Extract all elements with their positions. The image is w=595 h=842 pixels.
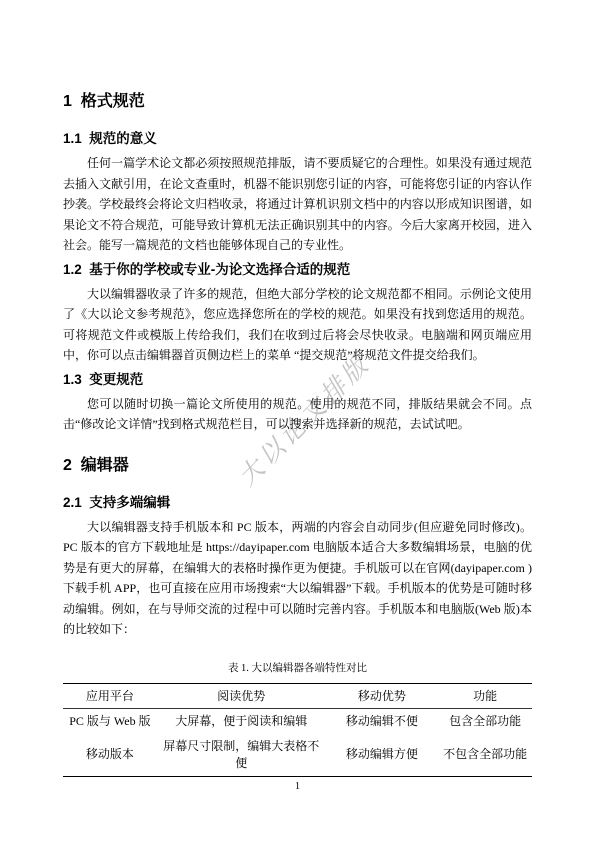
section-heading-1-2: 1.2基于你的学校或专业-为论文选择合适的规范 bbox=[63, 262, 532, 278]
section-heading-1-1: 1.1规范的意义 bbox=[63, 131, 532, 147]
section-heading-2: 2编辑器 bbox=[63, 457, 532, 475]
table-cell: 移动编辑方便 bbox=[326, 734, 439, 777]
table-header-features: 功能 bbox=[438, 683, 532, 708]
table-cell: 包含全部功能 bbox=[438, 708, 532, 734]
section-number: 1 bbox=[63, 93, 72, 110]
table-cell: 大屏幕，便于阅读和编辑 bbox=[157, 708, 326, 734]
section-title: 变更规范 bbox=[89, 372, 143, 387]
document-content: 1格式规范 1.1规范的意义 任何一篇学术论文都必须按照规范排版，请不要质疑它的… bbox=[63, 93, 532, 777]
section-number: 1.2 bbox=[63, 262, 82, 277]
table-header-row: 应用平台 阅读优势 移动优势 功能 bbox=[63, 683, 532, 708]
section-number: 1.1 bbox=[63, 131, 82, 146]
section-title: 基于你的学校或专业-为论文选择合适的规范 bbox=[89, 262, 350, 277]
section-title: 支持多端编辑 bbox=[89, 495, 170, 510]
section-number: 1.3 bbox=[63, 372, 82, 387]
section-number: 2 bbox=[63, 457, 72, 474]
table-header-platform: 应用平台 bbox=[63, 683, 157, 708]
table-row: 移动版本 屏幕尺寸限制，编辑大表格不便 移动编辑方便 不包含全部功能 bbox=[63, 734, 532, 777]
section-heading-2-1: 2.1支持多端编辑 bbox=[63, 495, 532, 511]
document-page: 大以论文排版 1格式规范 1.1规范的意义 任何一篇学术论文都必须按照规范排版，… bbox=[0, 0, 595, 842]
table-header-reading: 阅读优势 bbox=[157, 683, 326, 708]
section-title: 编辑器 bbox=[81, 457, 129, 474]
paragraph-2-1: 大以编辑器支持手机版本和 PC 版本，两端的内容会自动同步(但应避免同时修改)。… bbox=[63, 517, 532, 640]
page-number: 1 bbox=[0, 781, 595, 792]
section-heading-1: 1格式规范 bbox=[63, 93, 532, 111]
table-cell: 不包含全部功能 bbox=[438, 734, 532, 777]
table-row: PC 版与 Web 版 大屏幕，便于阅读和编辑 移动编辑不便 包含全部功能 bbox=[63, 708, 532, 734]
paragraph-1-2: 大以编辑器收录了许多的规范，但绝大部分学校的论文规范都不相同。示例论文使用了《大… bbox=[63, 284, 532, 366]
section-title: 规范的意义 bbox=[89, 131, 157, 146]
table-cell: 屏幕尺寸限制，编辑大表格不便 bbox=[157, 734, 326, 777]
comparison-table: 应用平台 阅读优势 移动优势 功能 PC 版与 Web 版 大屏幕，便于阅读和编… bbox=[63, 683, 532, 777]
table-cell: 移动编辑不便 bbox=[326, 708, 439, 734]
paragraph-1-1: 任何一篇学术论文都必须按照规范排版，请不要质疑它的合理性。如果没有通过规范去插入… bbox=[63, 153, 532, 256]
table-cell: PC 版与 Web 版 bbox=[63, 708, 157, 734]
table-header-mobility: 移动优势 bbox=[326, 683, 439, 708]
section-title: 格式规范 bbox=[81, 93, 145, 110]
paragraph-1-3: 您可以随时切换一篇论文所使用的规范。使用的规范不同，排版结果就会不同。点击“修改… bbox=[63, 394, 532, 435]
table-caption: 表 1. 大以编辑器各端特性对比 bbox=[63, 660, 532, 675]
section-number: 2.1 bbox=[63, 495, 82, 510]
section-heading-1-3: 1.3变更规范 bbox=[63, 372, 532, 388]
table-cell: 移动版本 bbox=[63, 734, 157, 777]
